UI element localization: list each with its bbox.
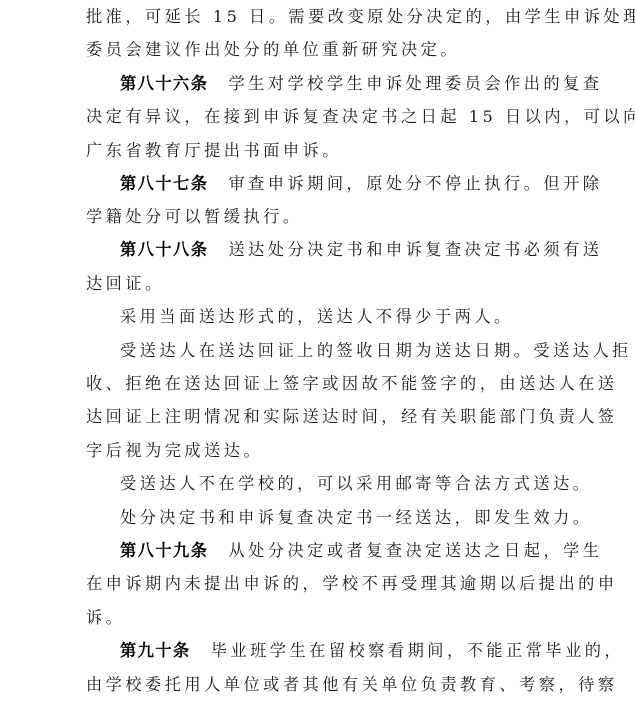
article-text: 送达处分决定书和申诉复查决定书必须有送 xyxy=(228,240,602,259)
article-88-line: 第八十八条送达处分决定书和申诉复查决定书必须有送 xyxy=(120,238,552,262)
text-line: 诉。 xyxy=(86,606,552,630)
text-line: 委员会建议作出处分的单位重新研究决定。 xyxy=(86,38,552,62)
text-line: 由学校委托用人单位或者其他有关单位负责教育、考察，待察 xyxy=(86,673,552,697)
article-text: 从处分决定或者复查决定送达之日起，学生 xyxy=(228,541,602,560)
text-line: 达回证。 xyxy=(86,272,552,296)
text-line: 在申诉期内未提出申诉的，学校不再受理其逾期以后提出的申 xyxy=(86,572,552,596)
text-line: 批准，可延长 15 日。需要改变原处分决定的，由学生申诉处理 xyxy=(86,5,552,29)
article-90-line: 第九十条毕业班学生在留校察看期间，不能正常毕业的， xyxy=(120,639,552,663)
article-86-line: 第八十六条学生对学校学生申诉处理委员会作出的复查 xyxy=(120,72,552,96)
text-line: 学籍处分可以暂缓执行。 xyxy=(86,205,552,229)
article-heading: 第八十八条 xyxy=(120,240,208,259)
article-heading: 第八十九条 xyxy=(120,541,208,560)
text-line: 决定有异议，在接到申诉复查决定书之日起 15 日以内，可以向 xyxy=(86,105,552,129)
text-line: 采用当面送达形式的，送达人不得少于两人。 xyxy=(120,305,552,329)
text-line: 达回证上注明情况和实际送达时间，经有关职能部门负责人签 xyxy=(86,405,552,429)
article-heading: 第九十条 xyxy=(120,641,191,660)
text-line: 处分决定书和申诉复查决定书一经送达，即发生效力。 xyxy=(120,506,552,530)
article-87-line: 第八十七条审查申诉期间，原处分不停止执行。但开除 xyxy=(120,172,552,196)
text-line: 广东省教育厅提出书面申诉。 xyxy=(86,139,552,163)
article-text: 毕业班学生在留校察看期间，不能正常毕业的， xyxy=(211,641,624,660)
text-line: 受送达人在送达回证上的签收日期为送达日期。受送达人拒 xyxy=(120,339,552,363)
text-line: 收、拒绝在送达回证上签字或因故不能签字的，由送达人在送 xyxy=(86,372,552,396)
article-heading: 第八十六条 xyxy=(120,74,208,93)
document-page: 批准，可延长 15 日。需要改变原处分决定的，由学生申诉处理 委员会建议作出处分… xyxy=(0,0,635,703)
text-line: 受送达人不在学校的，可以采用邮寄等合法方式送达。 xyxy=(120,472,552,496)
article-text: 学生对学校学生申诉处理委员会作出的复查 xyxy=(228,74,602,93)
article-text: 审查申诉期间，原处分不停止执行。但开除 xyxy=(228,174,602,193)
article-heading: 第八十七条 xyxy=(120,174,208,193)
text-line: 字后视为完成送达。 xyxy=(86,439,552,463)
article-89-line: 第八十九条从处分决定或者复查决定送达之日起，学生 xyxy=(120,539,552,563)
